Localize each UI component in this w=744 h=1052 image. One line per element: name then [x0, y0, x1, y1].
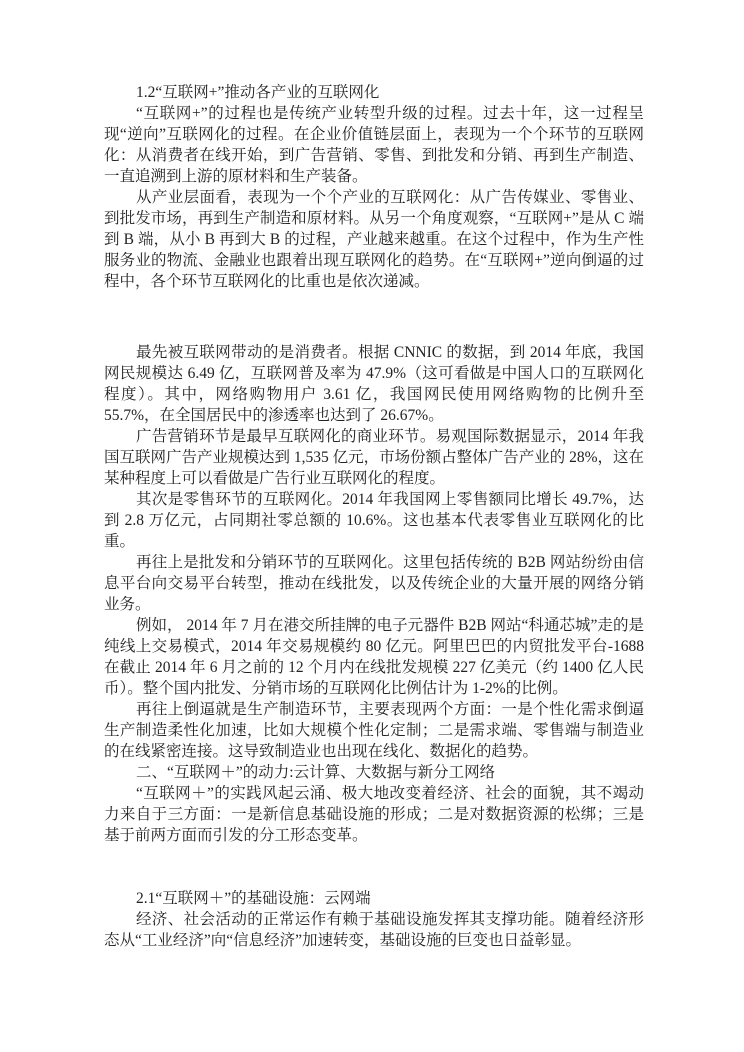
paragraph-three-drivers: “互联网＋”的实践风起云涌、极大地改变着经济、社会的面貌，其不竭动力来自于三方面…: [104, 783, 644, 846]
paragraph-advertising-marketing: 广告营销环节是最早互联网化的商业环节。易观国际数据显示，2014 年我国互联网广…: [104, 426, 644, 489]
paragraph-retail-internetization: 其次是零售环节的互联网化。2014 年我国网上零售额同比增长 49.7%，达到 …: [104, 489, 644, 552]
paragraph-industry-level: 从产业层面看，表现为一个个产业的互联网化：从广告传媒业、零售业、到批发市场，再到…: [104, 187, 644, 292]
document-page: 1.2“互联网+”推动各产业的互联网化 “互联网+”的过程也是传统产业转型升级的…: [0, 0, 744, 1052]
paragraph-consumers-cnnic-data: 最先被互联网带动的是消费者。根据 CNNIC 的数据，到 2014 年底，我国网…: [104, 342, 644, 426]
paragraph-reverse-internetization: “互联网+”的过程也是传统产业转型升级的过程。过去十年，这一过程呈现“逆向”互联…: [104, 103, 644, 187]
heading-section-1-2: 1.2“互联网+”推动各产业的互联网化: [104, 82, 644, 103]
paragraph-infrastructure-support: 经济、社会活动的正常运作有赖于基础设施发挥其支撑功能。随着经济形态从“工业经济”…: [104, 909, 644, 951]
heading-section-2-1-infrastructure: 2.1“互联网＋”的基础设施：云网端: [104, 888, 644, 909]
paragraph-wholesale-distribution: 再往上是批发和分销环节的互联网化。这里包括传统的 B2B 网站纷纷由信息平台向交…: [104, 552, 644, 615]
section-gap-blank-lines-2: [104, 846, 644, 888]
section-gap-blank-lines-1: [104, 292, 644, 342]
paragraph-manufacturing: 再往上倒逼就是生产制造环节，主要表现两个方面：一是个性化需求倒逼生产制造柔性化加…: [104, 699, 644, 762]
heading-section-2-drivers: 二、“互联网＋”的动力:云计算、大数据与新分工网络: [104, 762, 644, 783]
paragraph-b2b-examples: 例如， 2014 年 7 月在港交所挂牌的电子元器件 B2B 网站“科通芯城”走…: [104, 615, 644, 699]
document-text-body: 1.2“互联网+”推动各产业的互联网化 “互联网+”的过程也是传统产业转型升级的…: [104, 82, 644, 951]
